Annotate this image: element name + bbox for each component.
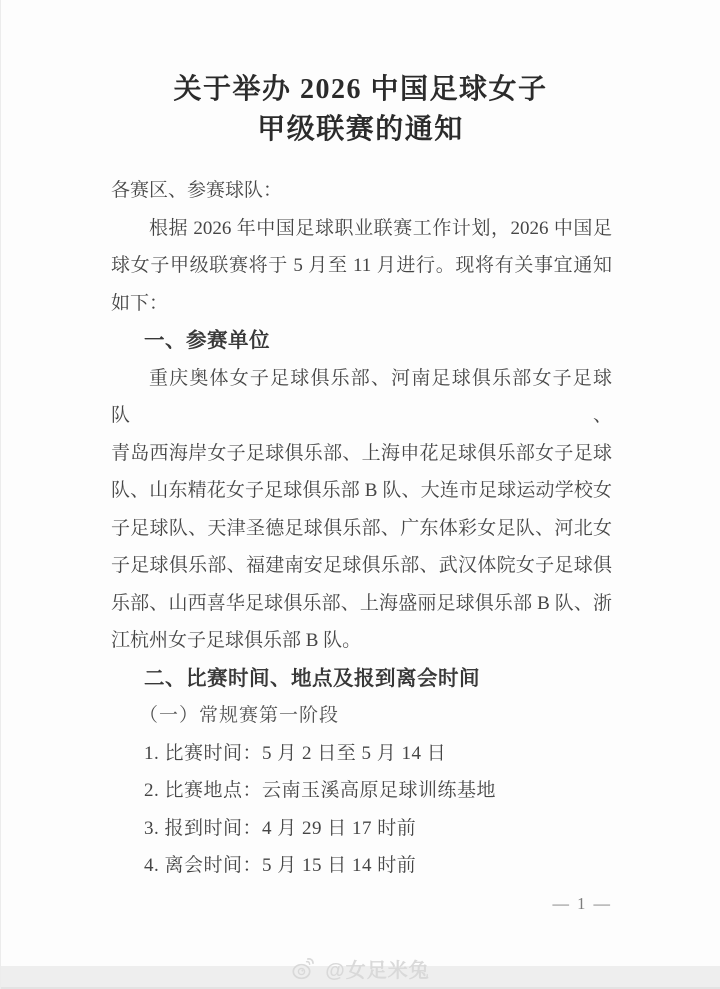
stage-subheading: （一）常规赛第一阶段 — [139, 697, 612, 735]
intro-line: 如下： — [111, 285, 612, 323]
participants-line: 子足球俱乐部、福建南安足球俱乐部、武汉体院女子足球俱 — [111, 547, 612, 585]
participants-line: 乐部、山西喜华足球俱乐部、上海盛丽足球俱乐部 B 队、浙 — [111, 585, 612, 623]
schedule-item-venue: 2. 比赛地点：云南玉溪高原足球训练基地 — [144, 772, 612, 810]
schedule-item-checkin-time: 3. 报到时间：4 月 29 日 17 时前 — [144, 810, 612, 848]
section-1-heading: 一、参赛单位 — [144, 322, 612, 360]
participants-line: 队、山东精花女子足球俱乐部 B 队、大连市足球运动学校女 — [111, 472, 612, 510]
participants-line: 子足球队、天津圣德足球俱乐部、广东体彩女足队、河北女 — [111, 510, 612, 548]
document-page: 关于举办 2026 中国足球女子 甲级联赛的通知 各赛区、参赛球队： 根据 20… — [0, 0, 720, 989]
section-2-heading: 二、比赛时间、地点及报到离会时间 — [144, 660, 612, 698]
watermark-handle: @女足米兔 — [325, 954, 430, 983]
schedule-item-departure-time: 4. 离会时间：5 月 15 日 14 时前 — [144, 847, 612, 885]
schedule-item-match-time: 1. 比赛时间：5 月 2 日至 5 月 14 日 — [144, 735, 612, 773]
page-number: — 1 — — [111, 894, 612, 914]
intro-line: 根据 2026 年中国足球职业联赛工作计划，2026 中国足 — [111, 210, 612, 248]
salutation: 各赛区、参赛球队： — [111, 172, 612, 210]
notice-body: 各赛区、参赛球队： 根据 2026 年中国足球职业联赛工作计划，2026 中国足… — [111, 172, 612, 885]
participants-line: 青岛西海岸女子足球俱乐部、上海申花足球俱乐部女子足球 — [111, 435, 612, 473]
notice-title-line-1: 关于举办 2026 中国足球女子 — [1, 70, 720, 110]
notice-title-line-2: 甲级联赛的通知 — [1, 110, 720, 150]
weibo-icon — [292, 957, 319, 980]
notice-title: 关于举办 2026 中国足球女子 甲级联赛的通知 — [1, 0, 720, 150]
watermark: @女足米兔 — [1, 954, 720, 983]
participants-line: 江杭州女子足球俱乐部 B 队。 — [111, 622, 612, 660]
participants-line: 重庆奥体女子足球俱乐部、河南足球俱乐部女子足球队、 — [111, 360, 612, 435]
intro-line: 球女子甲级联赛将于 5 月至 11 月进行。现将有关事宜通知 — [111, 247, 612, 285]
